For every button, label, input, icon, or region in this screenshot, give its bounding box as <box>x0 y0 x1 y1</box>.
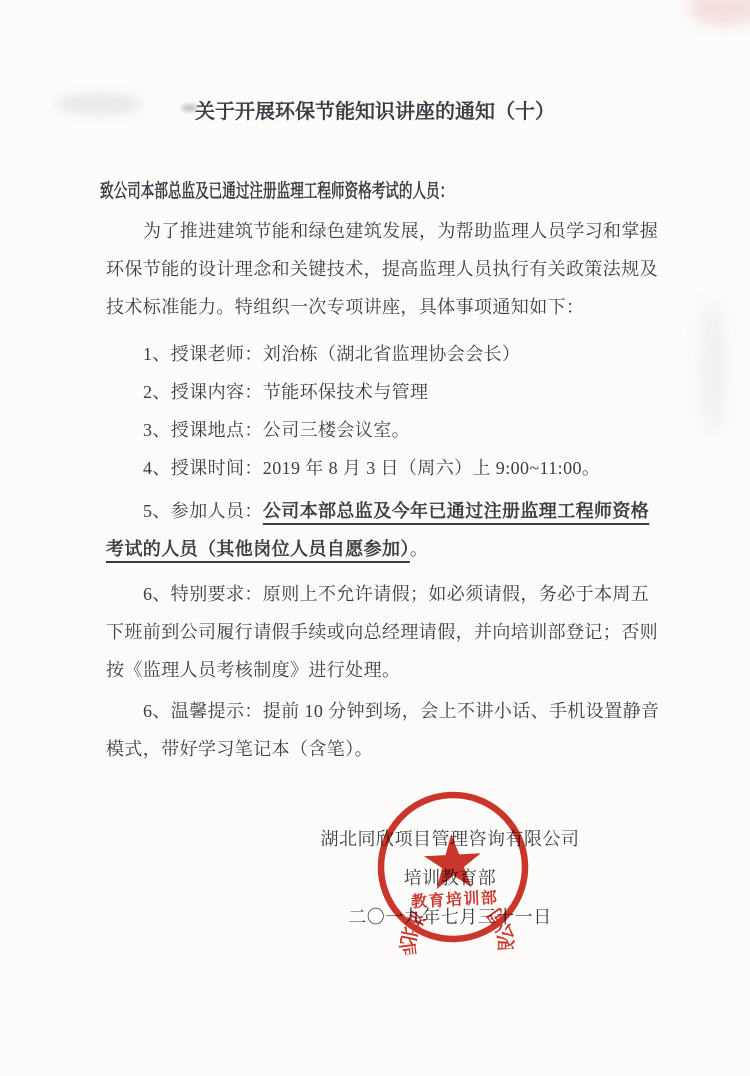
item-suffix: 。 <box>410 539 428 559</box>
item-line: 模式，带好学习笔记本（含笔）。 <box>106 730 706 768</box>
notice-title: 关于开展环保节能知识讲座的通知（十） <box>0 99 750 125</box>
notice-item-3: 3、授课地点：公司三楼会议室。 <box>106 411 706 449</box>
notice-salutation: 致公司本部总监及已通过注册监理工程师资格考试的人员： <box>100 180 453 204</box>
item-line: 1、授课老师：刘治栋（湖北省监理协会会长） <box>106 335 706 373</box>
intro-line: 环保节能的设计理念和关键技术，提高监理人员执行有关政策法规及 <box>106 250 706 288</box>
notice-item-1: 1、授课老师：刘治栋（湖北省监理协会会长） <box>106 335 706 373</box>
item-line: 考试的人员（其他岗位人员自愿参加）。 <box>106 530 706 568</box>
red-star-icon <box>423 833 483 890</box>
scanned-notice-page: 关于开展环保节能知识讲座的通知（十） 致公司本部总监及已通过注册监理工程师资格考… <box>0 0 750 1076</box>
notice-item-6-special-requirements: 6、特别要求：原则上不允许请假；如必须请假，务必于本周五 下班前到公司履行请假手… <box>106 575 706 689</box>
notice-item-6-warm-reminder: 6、温馨提示：提前 10 分钟到场，会上不讲小话、手机设置静音 模式，带好学习笔… <box>106 692 706 768</box>
notice-item-4: 4、授课时间：2019 年 8 月 3 日（周六）上 9:00~11:00。 <box>106 449 706 487</box>
scan-artifact-pink-smudge <box>688 0 750 26</box>
intro-line: 为了推进建筑节能和绿色建筑发展，为帮助监理人员学习和掌握 <box>106 212 706 250</box>
notice-item-2: 2、授课内容：节能环保技术与管理 <box>106 373 706 411</box>
intro-paragraph: 为了推进建筑节能和绿色建筑发展，为帮助监理人员学习和掌握 环保节能的设计理念和关… <box>106 212 706 326</box>
item-line: 2、授课内容：节能环保技术与管理 <box>106 373 706 411</box>
seal-bottom-text: 教育培训部 <box>411 888 499 912</box>
item-line: 4、授课时间：2019 年 8 月 3 日（周六）上 9:00~11:00。 <box>106 449 706 487</box>
intro-line: 技术标准能力。特组织一次专项讲座，具体事项通知如下： <box>106 288 706 326</box>
underlined-text: 考试的人员（其他岗位人员自愿参加） <box>106 539 410 559</box>
item-line: 按《监理人员考核制度》进行处理。 <box>106 651 706 689</box>
item-line: 3、授课地点：公司三楼会议室。 <box>106 411 706 449</box>
notice-item-5: 5、参加人员：公司本部总监及今年已通过注册监理工程师资格 考试的人员（其他岗位人… <box>106 492 706 568</box>
item-label: 5、参加人员： <box>143 501 263 521</box>
item-line: 5、参加人员：公司本部总监及今年已通过注册监理工程师资格 <box>106 492 706 530</box>
item-line: 6、温馨提示：提前 10 分钟到场，会上不讲小话、手机设置静音 <box>106 692 706 730</box>
underlined-text: 公司本部总监及今年已通过注册监理工程师资格 <box>263 501 649 521</box>
company-seal-stamp: 湖北同欣项目管理咨询有限公司 教育培训部 <box>364 778 543 957</box>
notice-body: 为了推进建筑节能和绿色建筑发展，为帮助监理人员学习和掌握 环保节能的设计理念和关… <box>106 212 706 768</box>
item-line: 6、特别要求：原则上不允许请假；如必须请假，务必于本周五 <box>106 575 706 613</box>
item-line: 下班前到公司履行请假手续或向总经理请假，并向培训部登记；否则 <box>106 613 706 651</box>
